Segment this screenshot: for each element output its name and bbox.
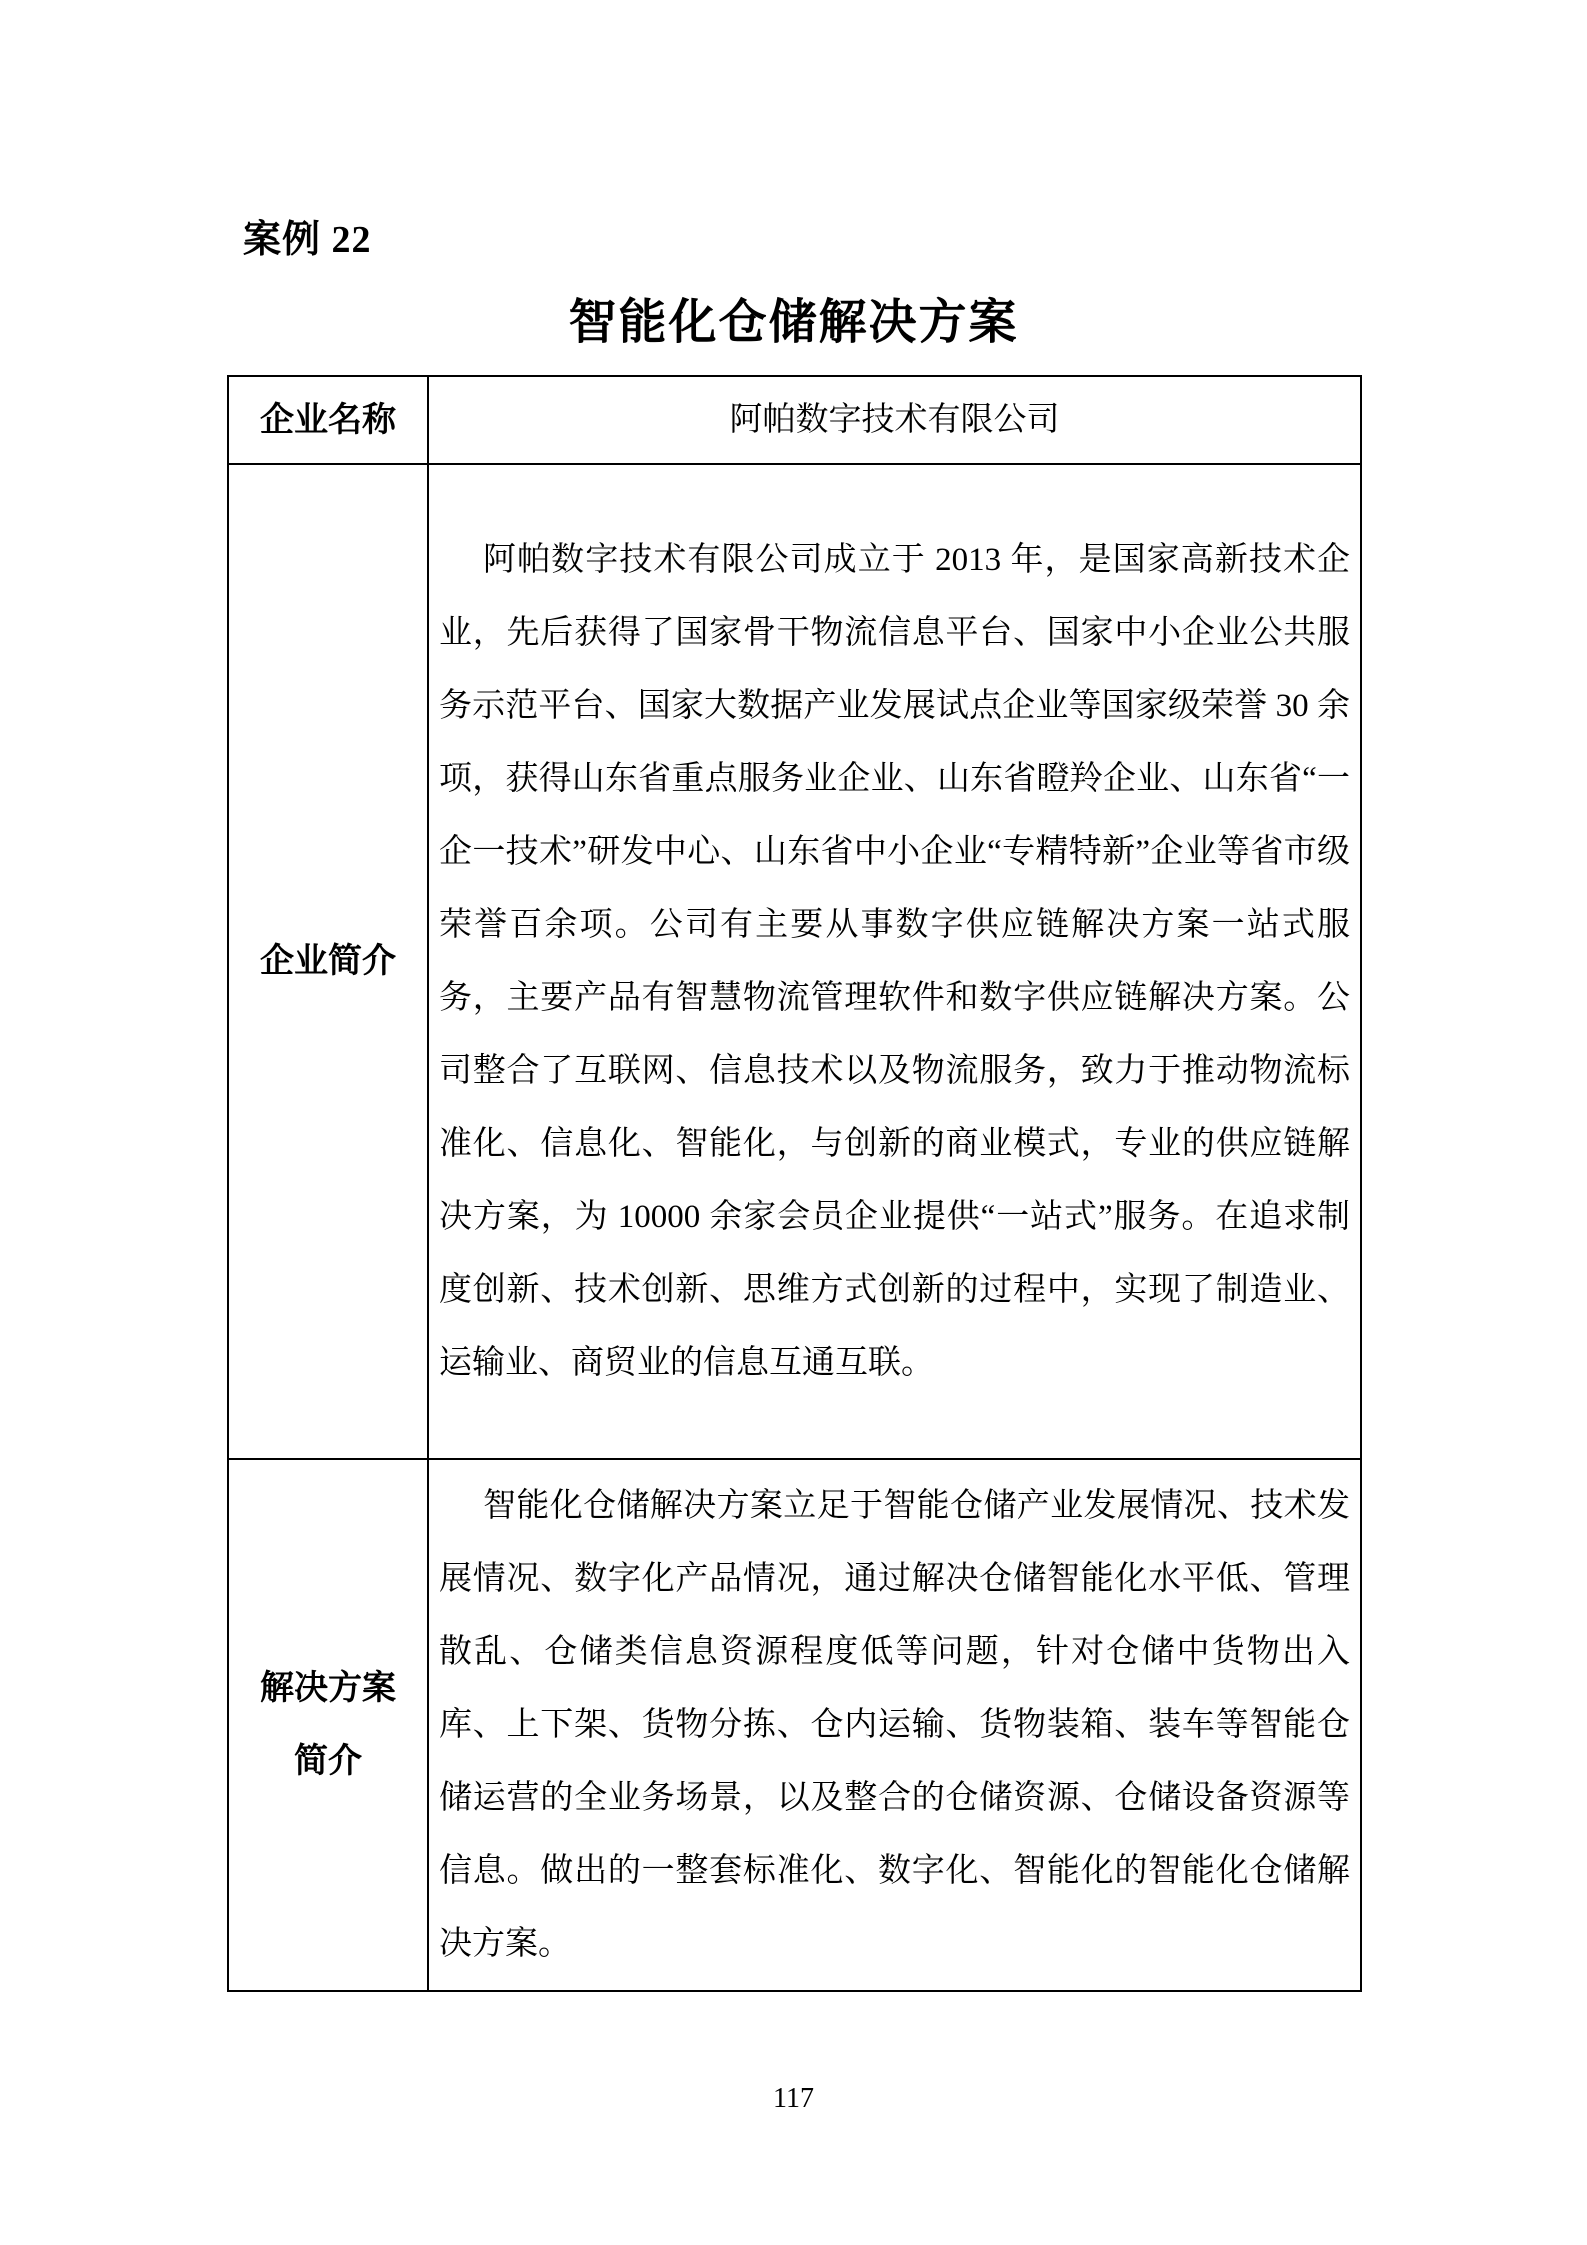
company-name-label: 企业名称 [256, 384, 400, 457]
company-name-value: 阿帕数字技术有限公司 [428, 376, 1361, 464]
company-profile-text: 阿帕数字技术有限公司成立于 2013 年，是国家高新技术企业，先后获得了国家骨干… [439, 524, 1350, 1400]
solution-intro-label: 解决方案简介 [256, 1652, 400, 1798]
company-profile-cell: 阿帕数字技术有限公司成立于 2013 年，是国家高新技术企业，先后获得了国家骨干… [428, 464, 1361, 1459]
page-number: 117 [0, 2083, 1587, 2115]
case-info-table: 企业名称 阿帕数字技术有限公司 企业简介 阿帕数字技术有限公司成立于 2013 … [227, 375, 1362, 1992]
case-number-heading: 案例 22 [243, 208, 372, 263]
document-title: 智能化仓储解决方案 [0, 283, 1587, 352]
solution-intro-label-cell: 解决方案简介 [228, 1459, 428, 1991]
company-profile-label: 企业简介 [256, 925, 400, 998]
company-profile-label-cell: 企业简介 [228, 464, 428, 1459]
table-row-solution-intro: 解决方案简介 智能化仓储解决方案立足于智能仓储产业发展情况、技术发展情况、数字化… [228, 1459, 1361, 1991]
solution-intro-text: 智能化仓储解决方案立足于智能仓储产业发展情况、技术发展情况、数字化产品情况，通过… [439, 1470, 1350, 1981]
table-row-company-profile: 企业简介 阿帕数字技术有限公司成立于 2013 年，是国家高新技术企业，先后获得… [228, 464, 1361, 1459]
document-page: 案例 22 智能化仓储解决方案 企业名称 阿帕数字技术有限公司 企业简介 阿帕数… [0, 0, 1587, 2245]
solution-intro-cell: 智能化仓储解决方案立足于智能仓储产业发展情况、技术发展情况、数字化产品情况，通过… [428, 1459, 1361, 1991]
table-row-company-name: 企业名称 阿帕数字技术有限公司 [228, 376, 1361, 464]
company-name-label-cell: 企业名称 [228, 376, 428, 464]
